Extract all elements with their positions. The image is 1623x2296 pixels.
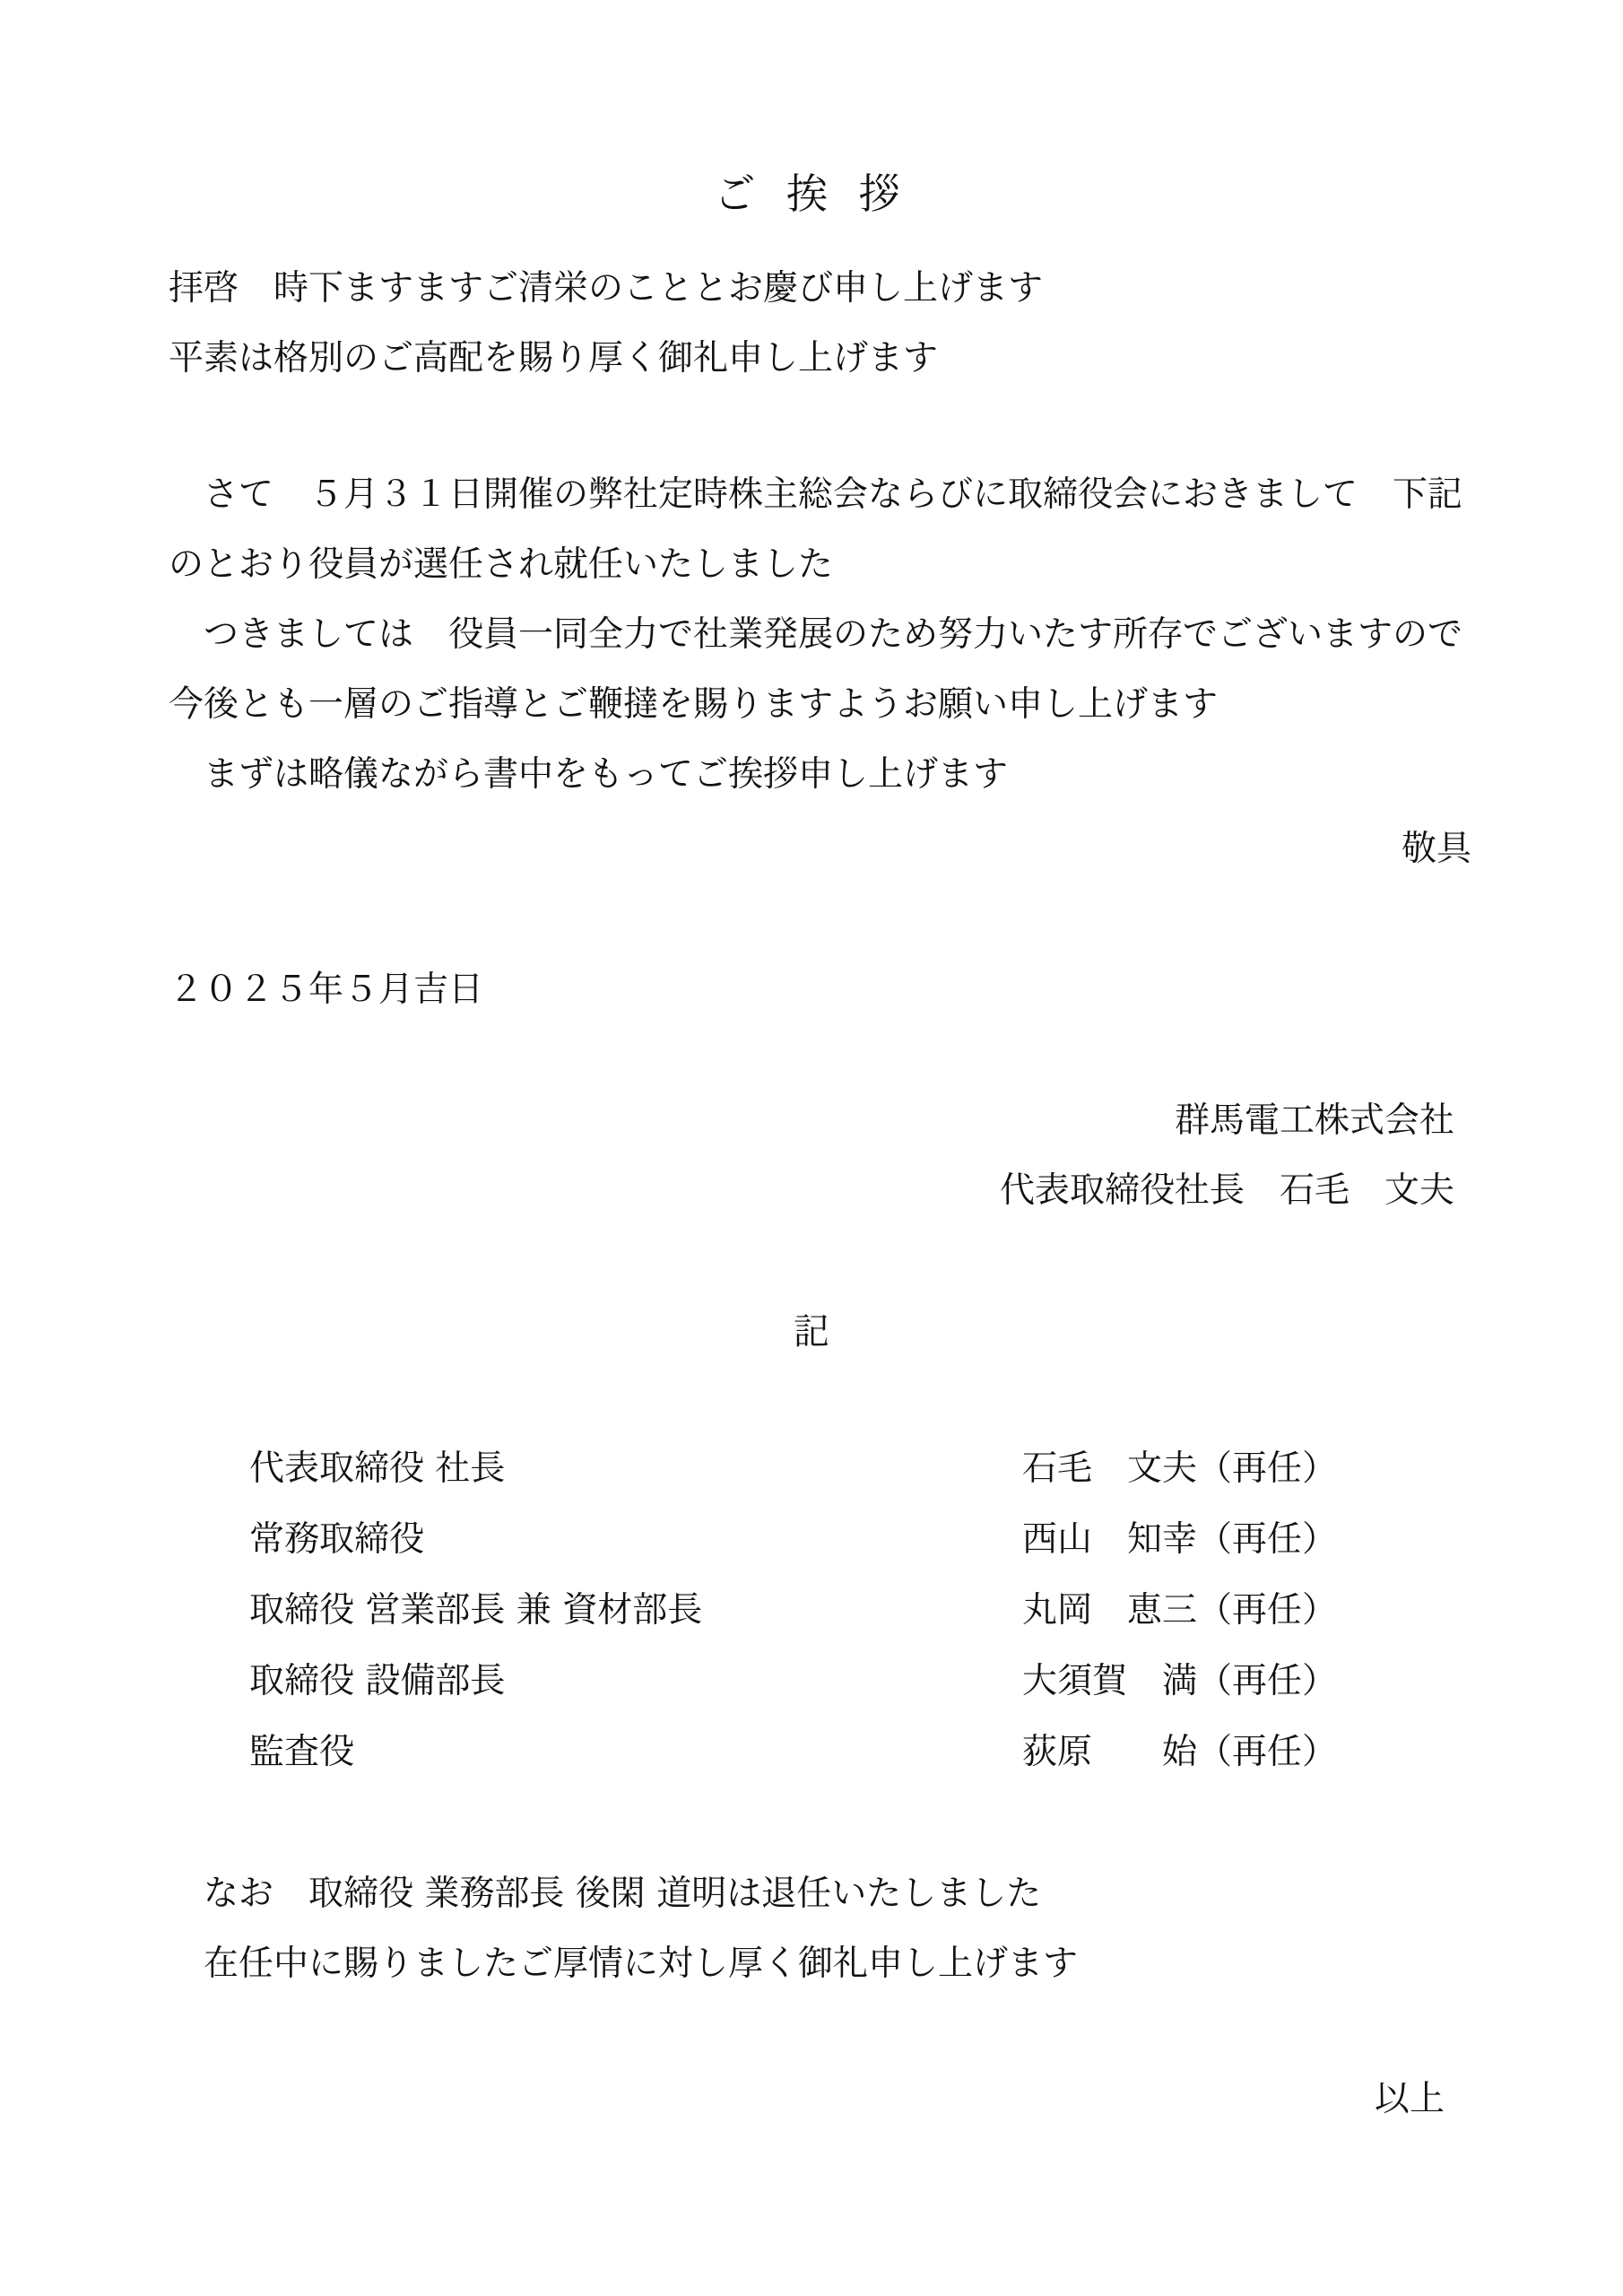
officer-row: 取締役 営業部長 兼 資材部長 丸岡 恵三（再任） <box>249 1575 1505 1646</box>
body-line-2: のとおり役員が選任され就任いたしました <box>169 530 1462 600</box>
opening-line-2: 平素は格別のご高配を賜り厚く御礼申し上げます <box>169 324 1043 394</box>
letter-page: ご 挨 拶 拝啓 時下ますますご清栄のこととお慶び申し上げます 平素は格別のご高… <box>0 0 1623 2296</box>
officer-title: 常務取締役 <box>249 1519 424 1560</box>
closing-word-keigu: 敬具 <box>1402 814 1471 884</box>
officer-title: 監査役 <box>249 1732 354 1772</box>
officer-row: 常務取締役 西山 知幸（再任） <box>249 1504 1505 1575</box>
body-line-5: まずは略儀ながら書中をもってご挨拶申し上げます <box>169 740 1462 810</box>
officers-list: 代表取締役 社長 石毛 文夫（再任） 常務取締役 西山 知幸（再任） 取締役 営… <box>249 1433 1505 1787</box>
body-paragraph: さて ５月３１日開催の弊社定時株主総会ならびに取締役会におきまして 下記 のとお… <box>169 460 1462 810</box>
officer-row: 取締役 設備部長 大須賀 満（再任） <box>249 1646 1505 1717</box>
retirement-note: なお 取締役 業務部長 後閑 道明は退任いたしました 在任中に賜りましたご厚情に… <box>169 1859 1078 1999</box>
signature-block: 群馬電工株式会社 代表取締役社長 石毛 文夫 <box>1000 1086 1454 1226</box>
note-line-2: 在任中に賜りましたご厚情に対し厚く御礼申し上げます <box>169 1929 1078 1999</box>
body-line-3: つきましては 役員一同全力で社業発展のため努力いたす所存でございますので <box>169 600 1462 670</box>
opening-paragraph: 拝啓 時下ますますご清栄のこととお慶び申し上げます 平素は格別のご高配を賜り厚く… <box>169 254 1043 394</box>
officer-row: 代表取締役 社長 石毛 文夫（再任） <box>249 1433 1505 1504</box>
officer-row: 監査役 荻原 始（再任） <box>249 1717 1505 1787</box>
officer-name: 丸岡 恵三（再任） <box>1022 1575 1337 1646</box>
end-word-ijou: 以上 <box>1375 2065 1445 2135</box>
officer-title: 代表取締役 社長 <box>249 1448 505 1489</box>
signer-name: 代表取締役社長 石毛 文夫 <box>1000 1156 1454 1226</box>
letter-date: ２０２５年５月吉日 <box>169 955 483 1025</box>
body-line-1: さて ５月３１日開催の弊社定時株主総会ならびに取締役会におきまして 下記 <box>169 460 1462 530</box>
letter-title: ご 挨 拶 <box>0 170 1623 217</box>
officer-name: 荻原 始（再任） <box>1022 1717 1337 1787</box>
body-line-4: 今後とも一層のご指導とご鞭撻を賜りますようお願い申し上げます <box>169 670 1462 740</box>
company-name: 群馬電工株式会社 <box>1000 1086 1454 1156</box>
note-line-1: なお 取締役 業務部長 後閑 道明は退任いたしました <box>169 1859 1078 1929</box>
officer-title: 取締役 営業部長 兼 資材部長 <box>249 1590 702 1631</box>
officer-title: 取締役 設備部長 <box>249 1661 505 1701</box>
section-mark-ki: 記 <box>0 1297 1623 1367</box>
opening-line-1: 拝啓 時下ますますご清栄のこととお慶び申し上げます <box>169 254 1043 324</box>
officer-name: 西山 知幸（再任） <box>1022 1504 1337 1575</box>
officer-name: 大須賀 満（再任） <box>1022 1646 1337 1717</box>
officer-name: 石毛 文夫（再任） <box>1022 1433 1337 1504</box>
